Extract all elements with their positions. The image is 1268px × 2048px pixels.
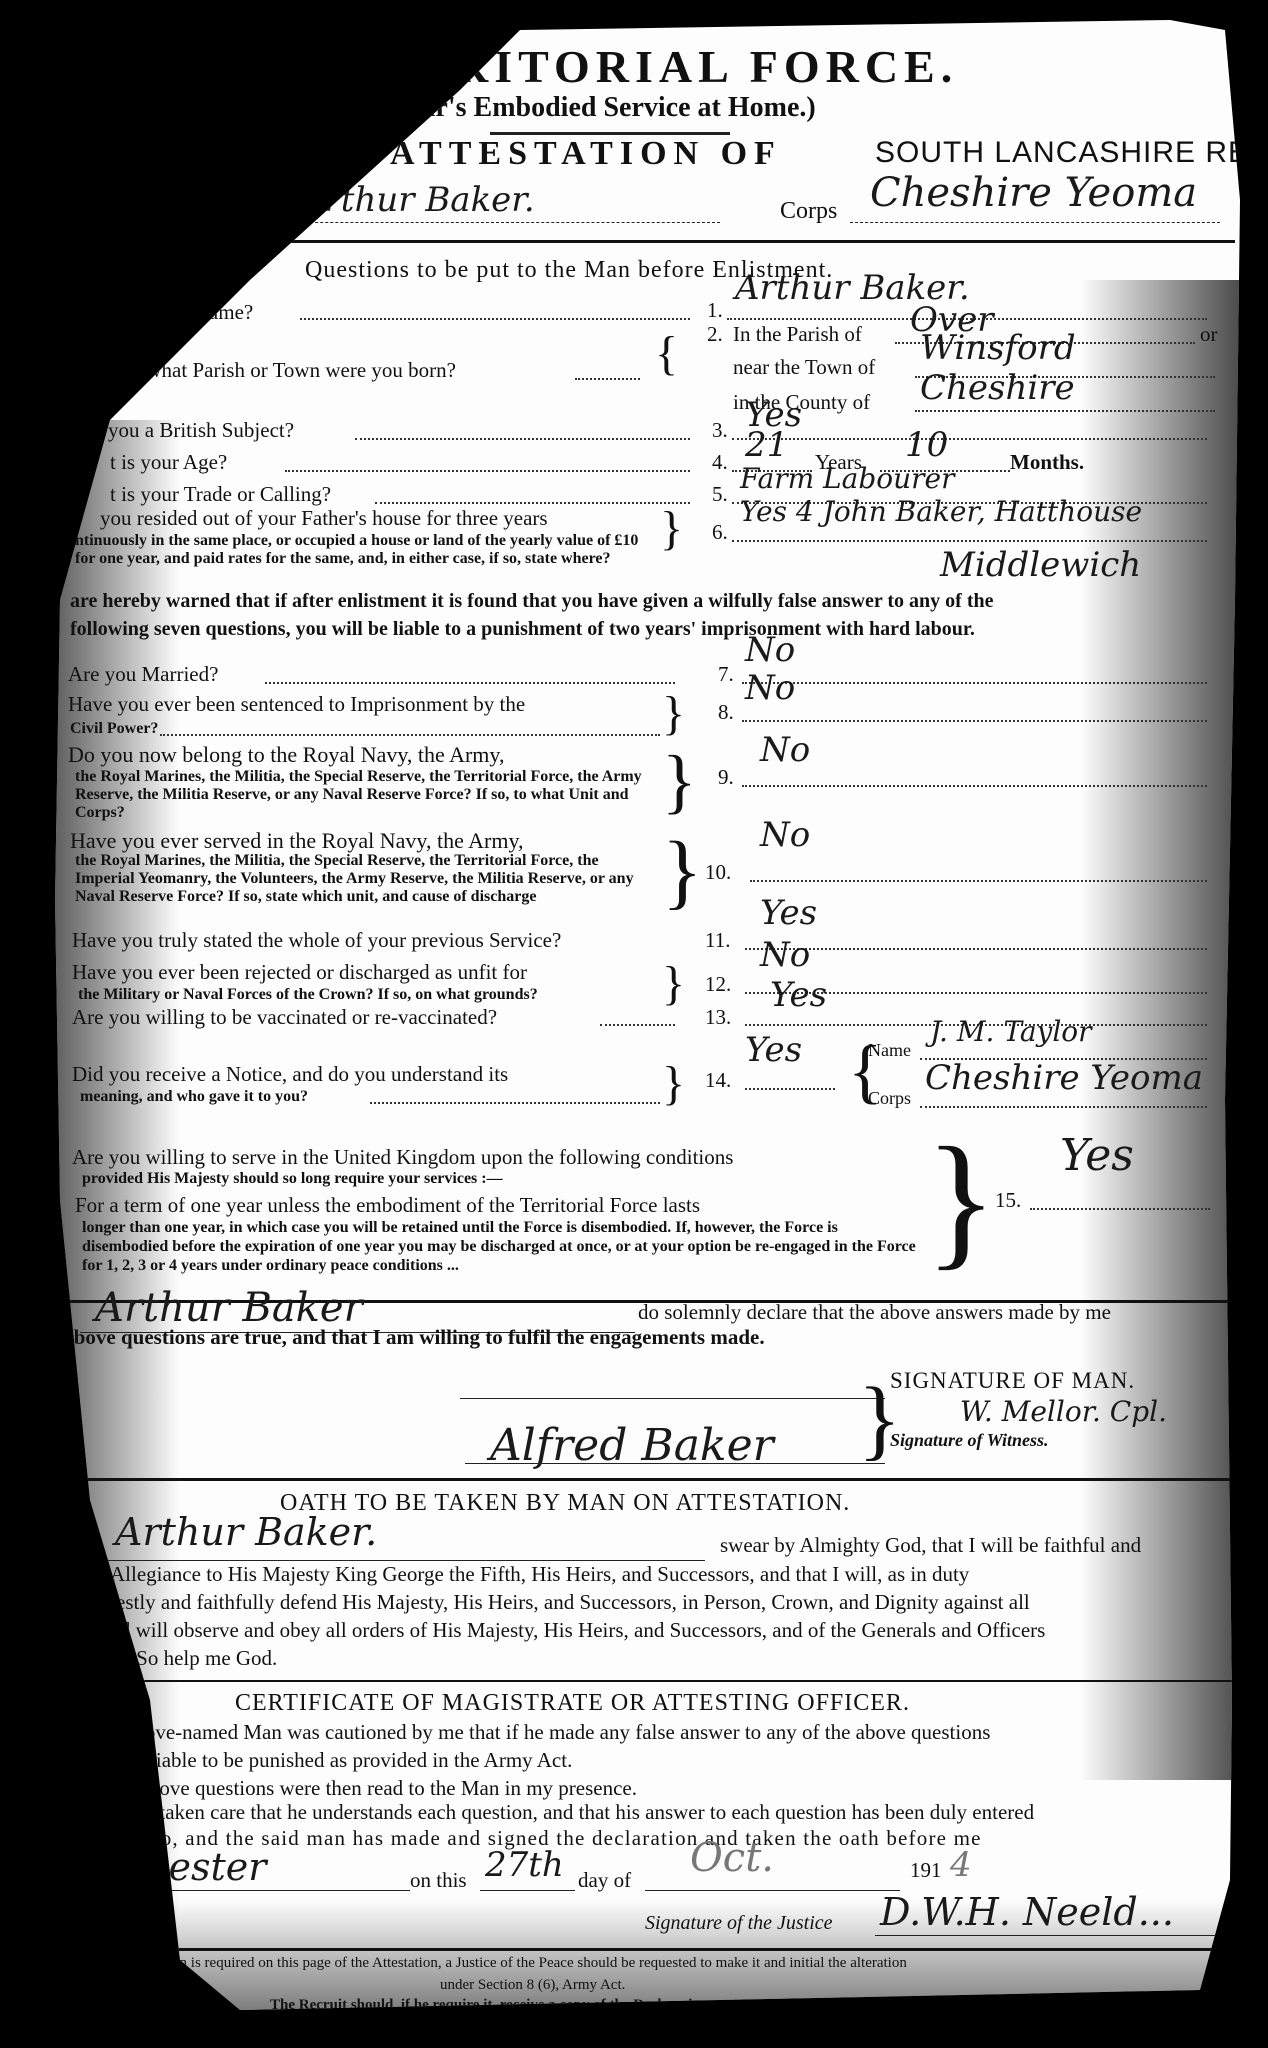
q1-dots (300, 318, 690, 320)
q14-dots (370, 1102, 660, 1104)
q13-text: Are you willing to be vaccinated or re-v… (72, 1005, 497, 1030)
q2-parish-label: 2. (707, 322, 723, 347)
q13-answer: Yes (770, 975, 827, 1015)
certificate-rule (130, 1680, 1240, 1682)
q6-brace: } (660, 505, 683, 553)
q8-number: 8. (718, 700, 734, 725)
q5-number: 5. (712, 482, 728, 507)
q6-number: 6. (712, 520, 728, 545)
signature-of-man-label: SIGNATURE OF MAN. (890, 1368, 1135, 1394)
justice-signature: D.W.H. Neeld... (880, 1890, 1174, 1934)
q3-number: 3. (712, 418, 728, 443)
q2-text: near what Parish or Town were you born? (105, 358, 456, 383)
q9-text-small: the Royal Marines, the Militia, the Spec… (75, 768, 655, 822)
q2-dots (575, 378, 640, 380)
corps-line (850, 222, 1220, 223)
oath-line-1: swear by Almighty God, that I will be fa… (720, 1533, 1141, 1558)
q10-text-small: the Royal Marines, the Militia, the Spec… (75, 852, 655, 906)
q15-brace: } (925, 1125, 997, 1275)
q9-answer-line (742, 785, 1207, 787)
q8-text: Have you ever been sentenced to Imprison… (68, 692, 525, 717)
q8-dots (160, 734, 660, 736)
q10-answer-line (750, 880, 1207, 882)
attestation-day: 27th (485, 1845, 564, 1885)
q15-answer-line (1030, 1208, 1210, 1210)
header-rule (260, 240, 1235, 243)
q15-text-small2: longer than one year, in which case you … (82, 1218, 922, 1275)
q3-text: you a British Subject? (108, 418, 294, 443)
q14-text: Did you receive a Notice, and do you und… (72, 1062, 508, 1087)
form-subtitle: year's Embodied Service at Home.) (395, 92, 816, 124)
q9-text: Do you now belong to the Royal Navy, the… (68, 742, 504, 768)
q2-county-line (915, 410, 1215, 412)
q14-number: 14. (30, 1062, 56, 1087)
certificate-line-1: above-named Man was cautioned by me that… (125, 1720, 990, 1745)
name-line (270, 222, 720, 223)
warning-line-1: are hereby warned that if after enlistme… (70, 590, 994, 613)
q14-corps-value: Cheshire Yeoma (925, 1058, 1203, 1098)
q12-text: Have you ever been rejected or discharge… (72, 960, 527, 985)
q14-corps-label: Corps (868, 1088, 911, 1109)
q14-brace: } (662, 1060, 685, 1108)
signature-of-man-line (460, 1398, 885, 1399)
q7-answer-line (742, 682, 1207, 684)
q12-answer-number: 12. (705, 972, 731, 997)
footer-line-1: any alteration is required on this page … (105, 1955, 907, 1972)
oath-rule (80, 1478, 1240, 1481)
q10-text: Have you ever served in the Royal Navy, … (70, 828, 524, 854)
q8-brace: } (662, 690, 685, 738)
q12-text-small: the Military or Naval Forces of the Crow… (78, 986, 538, 1004)
q10-brace: } (662, 830, 702, 914)
certificate-line-3: e above questions were then read to the … (125, 1776, 637, 1801)
q15-answer: Yes (1060, 1130, 1134, 1181)
q6-answer-line (732, 540, 1207, 542)
q8-answer: No (745, 668, 795, 708)
year-suffix: 4 (950, 1845, 972, 1885)
q14-answer-number: 14. (705, 1068, 731, 1093)
oath-line-3: onestly and faithfully defend His Majest… (95, 1590, 1030, 1615)
q14-answer-line (745, 1088, 835, 1090)
attestation-month: Oct. (690, 1835, 774, 1881)
attestation-form-page: RITORIAL FORCE. year's Embodied Service … (0, 0, 1268, 2048)
corps-value: Cheshire Yeoma (870, 170, 1197, 216)
certificate-heading: CERTIFICATE OF MAGISTRATE OR ATTESTING O… (235, 1690, 910, 1717)
declaration-line-2: the above questions are true, and that I… (30, 1325, 765, 1350)
q4-months-label: Months. (1010, 450, 1084, 475)
name-value: Arthur Baker. (300, 180, 535, 220)
q15-number: 15. (30, 1145, 56, 1170)
q15-text: Are you willing to serve in the United K… (72, 1145, 733, 1170)
form-title: RITORIAL FORCE. (455, 40, 958, 93)
q14-text-small: meaning, and who gave it to you? (80, 1088, 308, 1106)
day-line (480, 1890, 575, 1891)
q2-brace: { (655, 330, 678, 378)
footer-line-3: The Recruit should, if he require it, re… (270, 1997, 866, 2014)
q11-number: 11. (30, 928, 55, 953)
year-prefix: 191 (910, 1858, 942, 1883)
q4-months-answer: 10 (905, 425, 948, 465)
q12-number: 12. (30, 960, 56, 985)
justice-line (875, 1935, 1235, 1936)
q13-dots (600, 1024, 675, 1026)
oath-line-2: Allegiance to His Majesty King George th… (110, 1562, 969, 1587)
corps-label: Corps (780, 198, 837, 225)
q10-number: 10. (30, 828, 56, 853)
witness-signature: W. Mellor. Cpl. (960, 1395, 1167, 1428)
q9-answer-number: 9. (718, 765, 734, 790)
q7-dots (265, 682, 675, 684)
q15-text-small: provided His Majesty should so long requ… (82, 1170, 503, 1188)
q15-text2: For a term of one year unless the embodi… (75, 1193, 700, 1218)
q11-answer-number: 11. (705, 928, 730, 953)
attestation-place: Chester (115, 1845, 266, 1889)
on-this-label: on this (410, 1868, 467, 1893)
footer-rule (110, 1948, 1240, 1951)
q5-dots (375, 502, 690, 504)
q13-number: 13. (30, 1005, 56, 1030)
q11-answer-line (745, 948, 1207, 950)
q7-text: Are you Married? (68, 662, 218, 687)
q9-answer: No (760, 730, 810, 770)
certificate-line-2: be liable to be punished as provided in … (125, 1748, 572, 1773)
q11-answer: Yes (760, 893, 817, 933)
q2-town-answer: Winsford (920, 328, 1076, 368)
q3-dots (355, 438, 690, 440)
q1-text: your Name? (150, 300, 253, 325)
month-line (645, 1890, 900, 1891)
declaration-line-1: do solemnly declare that the above answe… (638, 1300, 1111, 1325)
q2-town-label: near the Town of (733, 355, 875, 380)
q6-text-small: ntinuously in the same place, or occupie… (75, 532, 655, 568)
regiment-stamp: SOUTH LANCASHIRE RE (875, 136, 1249, 170)
q2-county-answer: Cheshire (920, 368, 1075, 408)
signature-brace: } (858, 1375, 901, 1465)
attestation-heading: ATTESTATION OF (390, 135, 782, 173)
q1-number: 1. (707, 298, 723, 323)
q2-parish-label-text: In the Parish of (733, 322, 862, 347)
q10-answer: No (760, 815, 810, 855)
q12-answer: No (760, 935, 810, 975)
q14-name-value: J. M. Taylor (930, 1015, 1092, 1048)
oath-line-5: me. So help me God. (100, 1646, 277, 1671)
witness-label: Signature of Witness. (890, 1430, 1049, 1451)
q9-brace: } (662, 745, 697, 817)
certificate-line-4: ave taken care that he understands each … (125, 1800, 1034, 1825)
q4-dots (285, 470, 690, 472)
q2-or: or (1200, 322, 1218, 347)
signature-lower-line (465, 1463, 885, 1464)
warning-line-2: following seven questions, you will be l… (70, 618, 975, 641)
q4-years-answer: 21 (745, 425, 788, 465)
q15-answer-number: 15. (995, 1188, 1021, 1213)
q8-answer-line (742, 720, 1207, 722)
q6-answer: Yes 4 John Baker, Hatthouse (740, 495, 1142, 528)
q13-answer-number: 13. (705, 1005, 731, 1030)
oath-name: Arthur Baker. (115, 1510, 377, 1554)
q11-text: Have you truly stated the whole of your … (72, 928, 561, 953)
q14-answer: Yes (745, 1030, 802, 1070)
q5-answer: Farm Labourer (740, 462, 955, 495)
q6-text: you resided out of your Father's house f… (100, 506, 548, 531)
day-of-label: day of (578, 1868, 631, 1893)
q14-name-label: Name (868, 1040, 911, 1061)
q8-text-small: Civil Power? (70, 720, 158, 738)
q6-answer-line2: Middlewich (940, 545, 1141, 585)
oath-name-line (95, 1560, 705, 1561)
q10-answer-number: 10. (705, 860, 731, 885)
q4-text: t is your Age? (110, 450, 227, 475)
q3-answer-line (732, 438, 1207, 440)
place-line (110, 1890, 410, 1891)
q4-number: 4. (712, 450, 728, 475)
q9-number: 9. (42, 742, 58, 767)
q12-brace: } (662, 960, 685, 1008)
footer-line-2: under Section 8 (6), Army Act. (440, 1977, 625, 1994)
q14-corps-line (920, 1106, 1207, 1108)
q5-text: t is your Trade or Calling? (110, 482, 331, 507)
justice-label: Signature of the Justice (645, 1912, 833, 1935)
q7-answer: No (745, 630, 795, 670)
oath-line-4: and will observe and obey all orders of … (100, 1618, 1045, 1643)
declaration-prefix: I, (55, 1312, 68, 1337)
name-label: me (250, 200, 279, 227)
q7-number: 7. (718, 662, 734, 687)
